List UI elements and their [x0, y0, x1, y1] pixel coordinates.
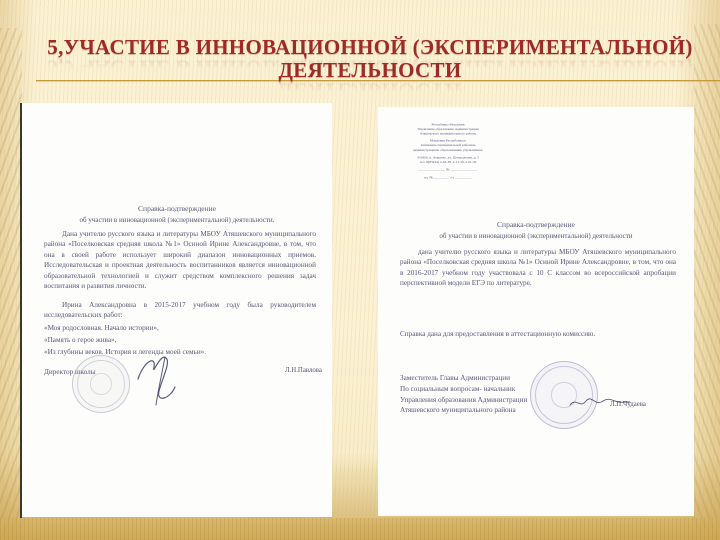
right-doc-title: Справка-подтверждение [378, 220, 694, 229]
left-doc-subtitle: об участии в инновационной (эксперимента… [22, 216, 332, 224]
right-doc-subtitle: об участии в инновационной (эксперимента… [378, 232, 694, 240]
letterhead-line: администрациянь образованиянь управления… [390, 149, 506, 154]
letterhead-line: Атяшевского муниципального района [390, 132, 506, 137]
left-doc-title: Справка-подтверждение [22, 204, 332, 213]
left-doc-round-stamp [72, 355, 130, 413]
slide-title-line1: 5,УЧАСТИЕ В ИННОВАЦИОННОЙ (ЭКСПЕРИМЕНТАЛ… [30, 36, 710, 59]
signature-role-line: Управления образования Администрации [400, 395, 527, 406]
letterhead-reference-line: на №________ от ________ [390, 176, 506, 181]
right-doc-note: Справка дана для предоставления в аттест… [400, 329, 676, 339]
scanned-certificate-left: Справка-подтверждение об участии в иннов… [20, 103, 332, 518]
right-doc-letterhead: Республика Мордовия Управление образован… [390, 123, 506, 181]
slide-title-text-2: ДЕЯТЕЛЬНОСТИ [30, 59, 710, 82]
left-doc-paragraph-1: Дана учителю русского языка и литературы… [44, 229, 316, 291]
presentation-slide: 5,УЧАСТИЕ В ИННОВАЦИОННОЙ (ЭКСПЕРИМЕНТАЛ… [0, 0, 720, 540]
left-doc-paragraph-2: Ирина Александровна в 2015-2017 учебном … [44, 300, 316, 321]
background-texture-bottom [0, 518, 720, 540]
left-doc-work-2: «Память о герое жива», [44, 334, 316, 346]
slide-title: 5,УЧАСТИЕ В ИННОВАЦИОННОЙ (ЭКСПЕРИМЕНТАЛ… [30, 36, 710, 82]
left-doc-signature-name: Л.Н.Павлова [285, 367, 322, 374]
right-doc-signature-role: Заместитель Главы Администрации По социа… [400, 373, 527, 416]
letterhead-phone: тел. 8(83434) 2-03-38, 2-13-39, 2-01-32 [390, 160, 506, 165]
left-doc-work-1: «Моя родословная. Начало истории», [44, 322, 316, 334]
signature-role-line: Атяшевского муниципального района [400, 405, 527, 416]
scanned-certificate-right: Республика Мордовия Управление образован… [378, 107, 694, 516]
slide-title-text-1: 5,УЧАСТИЕ В ИННОВАЦИОННОЙ (ЭКСПЕРИМЕНТАЛ… [30, 36, 710, 59]
letterhead-number-line: _____________ № _____________ [390, 168, 506, 173]
signature-role-line: Заместитель Главы Администрации [400, 373, 527, 384]
background-texture-left [0, 28, 22, 540]
left-doc-signature-icon [132, 347, 190, 409]
right-doc-paragraph-1: дана учителю русского языка и литературы… [400, 247, 676, 289]
signature-role-line: По социальным вопросам- начальник [400, 384, 527, 395]
slide-title-line2: ДЕЯТЕЛЬНОСТИ ДЕЯТЕЛЬНОСТИ [30, 59, 710, 82]
right-doc-signature-icon [568, 391, 632, 415]
slide-title-reflection-2: ДЕЯТЕЛЬНОСТИ [30, 79, 710, 102]
